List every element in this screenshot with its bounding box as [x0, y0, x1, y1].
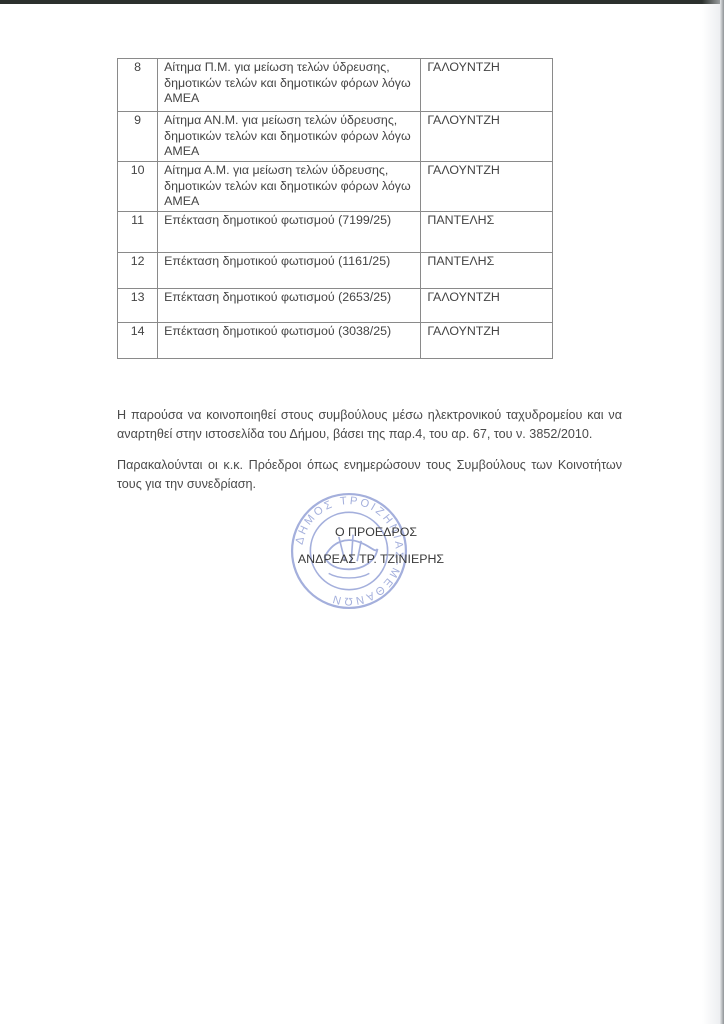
item-rapporteur: ΓΑΛΟΥΝΤΖΗ [421, 162, 553, 212]
table-row: 13 Επέκταση δημοτικού φωτισμού (2653/25)… [118, 289, 553, 323]
item-subject: Αίτημα Α.Μ. για μείωση τελών ύδρευσης, δ… [158, 162, 421, 212]
item-rapporteur: ΓΑΛΟΥΝΤΖΗ [421, 112, 553, 162]
table-row: 12 Επέκταση δημοτικού φωτισμού (1161/25)… [118, 253, 553, 289]
table-row: 11 Επέκταση δημοτικού φωτισμού (7199/25)… [118, 212, 553, 253]
signature-title: Ο ΠΡΟΕΔΡΟΣ [306, 525, 446, 539]
item-rapporteur: ΠΑΝΤΕΛΗΣ [421, 253, 553, 289]
item-number: 13 [118, 289, 158, 323]
table-row: 8 Αίτημα Π.Μ. για μείωση τελών ύδρευσης,… [118, 59, 553, 112]
agenda-table: 8 Αίτημα Π.Μ. για μείωση τελών ύδρευσης,… [117, 58, 553, 359]
item-subject: Επέκταση δημοτικού φωτισμού (2653/25) [158, 289, 421, 323]
scan-edge-right [720, 0, 724, 1024]
table-row: 14 Επέκταση δημοτικού φωτισμού (3038/25)… [118, 323, 553, 359]
item-number: 12 [118, 253, 158, 289]
item-number: 10 [118, 162, 158, 212]
item-number: 8 [118, 59, 158, 112]
notice-paragraph: Η παρούσα να κοινοποιηθεί στους συμβούλο… [117, 406, 622, 444]
table-row: 10 Αίτημα Α.Μ. για μείωση τελών ύδρευσης… [118, 162, 553, 212]
item-number: 11 [118, 212, 158, 253]
item-number: 14 [118, 323, 158, 359]
item-rapporteur: ΓΑΛΟΥΝΤΖΗ [421, 59, 553, 112]
signature-name: ΑΝΔΡΕΑΣ ΤΡ. ΤΖΙΝΙΕΡΗΣ [296, 552, 446, 566]
scan-edge-top [0, 0, 724, 4]
table-row: 9 Αίτημα ΑΝ.Μ. για μείωση τελών ύδρευσης… [118, 112, 553, 162]
item-subject: Επέκταση δημοτικού φωτισμού (3038/25) [158, 323, 421, 359]
item-subject: Επέκταση δημοτικού φωτισμού (1161/25) [158, 253, 421, 289]
item-subject: Αίτημα Π.Μ. για μείωση τελών ύδρευσης, δ… [158, 59, 421, 112]
scan-shadow-right [702, 0, 720, 1024]
signature-block: Ο ΠΡΟΕΔΡΟΣ ΑΝΔΡΕΑΣ ΤΡ. ΤΖΙΝΙΕΡΗΣ [296, 525, 446, 566]
item-rapporteur: ΠΑΝΤΕΛΗΣ [421, 212, 553, 253]
item-subject: Αίτημα ΑΝ.Μ. για μείωση τελών ύδρευσης, … [158, 112, 421, 162]
request-paragraph: Παρακαλούνται οι κ.κ. Πρόεδροι όπως ενημ… [117, 456, 622, 494]
item-rapporteur: ΓΑΛΟΥΝΤΖΗ [421, 289, 553, 323]
item-number: 9 [118, 112, 158, 162]
item-rapporteur: ΓΑΛΟΥΝΤΖΗ [421, 323, 553, 359]
item-subject: Επέκταση δημοτικού φωτισμού (7199/25) [158, 212, 421, 253]
